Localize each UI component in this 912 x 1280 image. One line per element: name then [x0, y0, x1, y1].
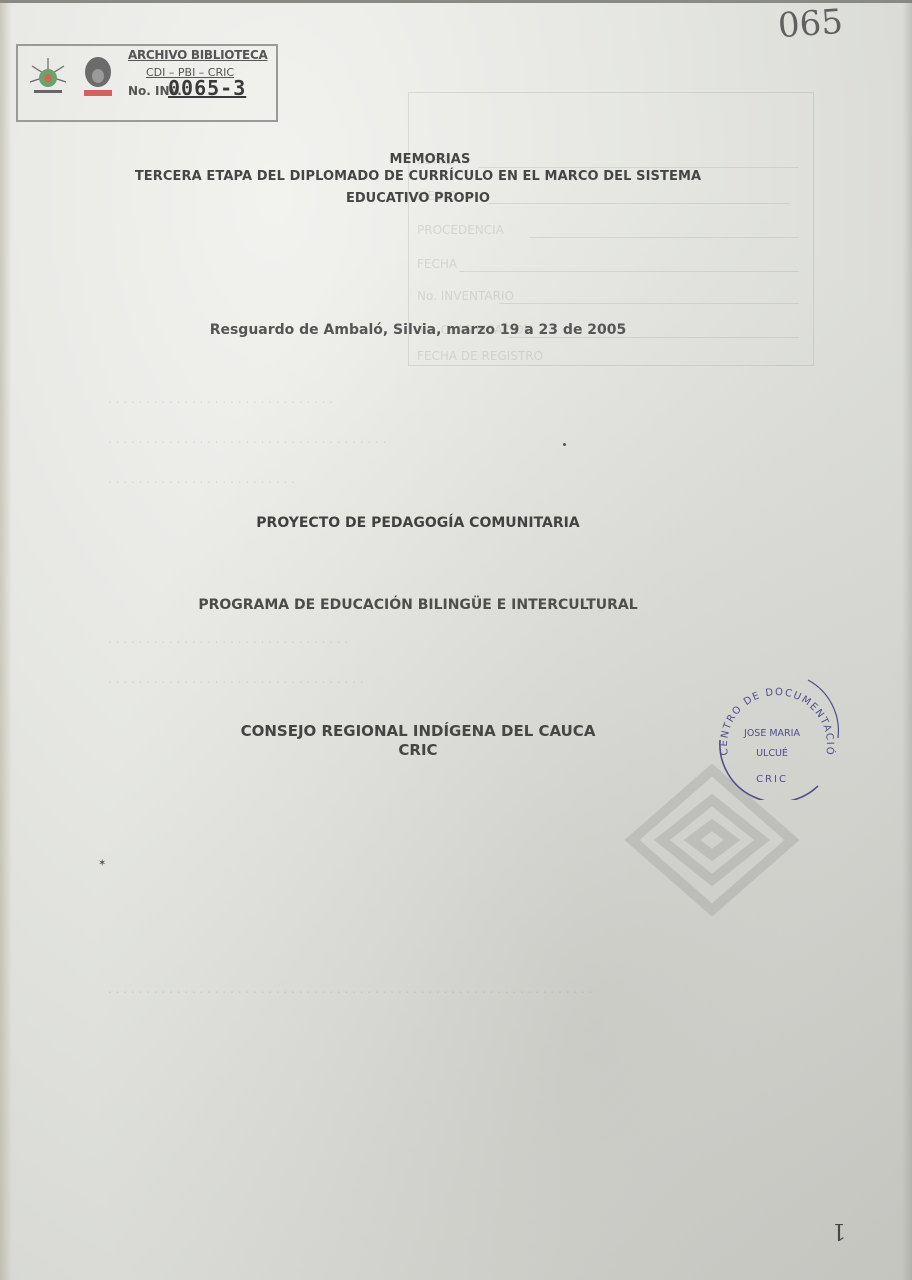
place-date: Resguardo de Ambaló, Silvia, marzo 19 a …: [0, 322, 848, 338]
page-top-edge: [0, 0, 912, 3]
document-page: SERIE MEDIO PROCEDENCIA FECHA No. INVENT…: [0, 0, 912, 1280]
show-through-text: . . . . . . . . . . . . . . . . . . . . …: [108, 392, 333, 406]
ink-dot: [563, 443, 566, 446]
document-heading: MEMORIAS: [0, 152, 860, 167]
handwritten-note: 065: [777, 2, 845, 46]
page-number: 1: [832, 1218, 846, 1243]
show-through-text: . . . . . . . . . . . . . . . . . . . . …: [108, 632, 348, 646]
documentation-center-stamp: CENTRO DE DOCUMENTACIÓN INDÍGENA JOSE MA…: [698, 660, 848, 800]
archive-title: ARCHIVO BIBLIOTECA: [128, 48, 267, 62]
cric-logo-icon: [26, 54, 70, 98]
svg-text:ULCUÉ: ULCUÉ: [756, 747, 788, 759]
show-through-text: . . . . . . . . . . . . . . . . . . . . …: [108, 672, 364, 686]
ink-speck: ✶: [98, 858, 106, 869]
svg-text:JOSE MARIA: JOSE MARIA: [743, 728, 800, 739]
stamp-ring-text: CENTRO DE DOCUMENTACIÓN INDÍGENA: [698, 660, 837, 757]
inventory-number: 0065-3: [168, 76, 246, 100]
archive-stamp: ARCHIVO BIBLIOTECA CDI – PBI – CRIC No. …: [16, 44, 278, 122]
pebi-logo-icon: [80, 54, 116, 100]
document-title-line-1: TERCERA ETAPA DEL DIPLOMADO DE CURRÍCULO…: [0, 169, 848, 184]
show-through-text: . . . . . . . . . . . . . . . . . . . . …: [108, 982, 592, 996]
show-through-text: . . . . . . . . . . . . . . . . . . . . …: [108, 472, 295, 486]
program-name: PROGRAMA DE EDUCACIÓN BILINGÜE E INTERCU…: [0, 597, 848, 613]
document-title-line-2: EDUCATIVO PROPIO: [0, 191, 848, 206]
project-name: PROYECTO DE PEDAGOGÍA COMUNITARIA: [0, 515, 848, 531]
show-through-text: . . . . . . . . . . . . . . . . . . . . …: [108, 432, 386, 446]
svg-text:CRIC: CRIC: [756, 774, 788, 785]
